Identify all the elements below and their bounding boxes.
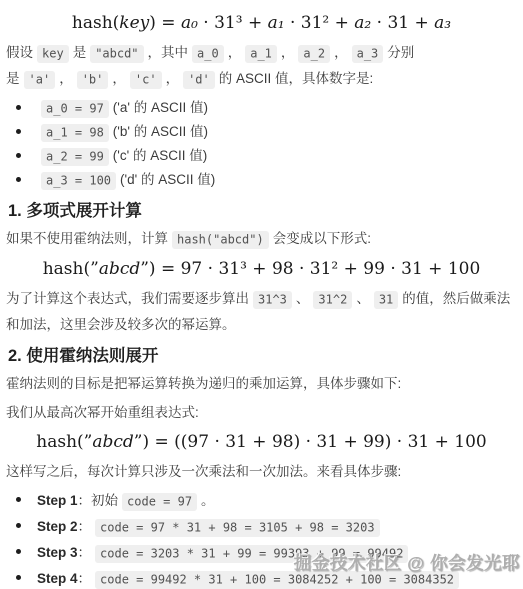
text-run: ('a' 的 ASCII 值) <box>113 100 208 115</box>
formula-hash-expanded: hash(”abcd”) = 97 · 31³ + 98 · 31² + 99 … <box>6 256 517 282</box>
text-run: 为了计算这个表达式，我们需要逐步算出 <box>6 291 249 306</box>
article-page: hash(key) = a₀ · 31³ + a₁ · 31² + a₂ · 3… <box>0 0 523 589</box>
inline-code: a_3 = 100 <box>41 172 116 190</box>
list-item-a3: a_3 = 100('d' 的 ASCII 值) <box>6 168 517 192</box>
list-item-a2: a_2 = 99('c' 的 ASCII 值) <box>6 144 517 168</box>
formula-run: ) = <box>149 13 181 33</box>
step-2: Step 2：code = 97 * 31 + 98 = 3105 + 98 =… <box>6 514 517 540</box>
text-run: ， <box>59 71 73 86</box>
paragraph-horner-goal: 霍纳法则的目标是把幂运算转换为递归的乘加运算，具体步骤如下: <box>6 371 517 396</box>
text-run: 是 <box>73 45 87 60</box>
text-run: ： <box>78 545 92 560</box>
bullet-icon <box>16 105 21 110</box>
text-run: ， <box>334 45 348 60</box>
formula-hash-horner: hash(”abcd”) = ((97 · 31 + 98) · 31 + 99… <box>6 429 517 455</box>
formula-run: hash( <box>72 13 119 33</box>
paragraph-intro: 假设key是"abcd"，其中a_0，a_1，a_2，a_3分别是'a'，'b'… <box>6 40 517 92</box>
formula-run: hash(” <box>43 259 99 279</box>
bullet-icon <box>16 497 21 502</box>
formula-run: · 31³ + <box>198 13 268 33</box>
inline-code: a_2 <box>298 45 330 63</box>
bullet-icon <box>16 523 21 528</box>
inline-code: a_1 <box>245 45 277 63</box>
ascii-value-list: a_0 = 97('a' 的 ASCII 值) a_1 = 98('b' 的 A… <box>6 96 517 192</box>
text-run: 、 <box>356 291 370 306</box>
watermark: 掘金技术社区 @ 你会发光耶 <box>294 550 520 575</box>
step-label: Step 3 <box>37 545 78 560</box>
text-run: ，其中 <box>148 45 189 60</box>
step-label: Step 1 <box>37 493 78 508</box>
inline-code: a_0 <box>192 45 224 63</box>
text-run: ：初始 <box>78 493 119 508</box>
paragraph-expand-intro: 如果不使用霍纳法则，计算hash("abcd")会变成以下形式: <box>6 226 517 252</box>
section-2-heading: 2. 使用霍纳法则展开 <box>8 345 517 367</box>
bullet-icon <box>16 575 21 580</box>
formula-variable: a₂ <box>354 13 371 33</box>
text-run: ： <box>78 571 92 586</box>
inline-code: hash("abcd") <box>172 231 269 249</box>
text-run: 会变成以下形式: <box>273 231 371 246</box>
list-item-content: a_0 = 97('a' 的 ASCII 值) <box>37 100 208 115</box>
formula-run: · 31² + <box>285 13 355 33</box>
inline-code: "abcd" <box>90 45 143 63</box>
paragraph-regroup: 我们从最高次幂开始重组表达式: <box>6 400 517 425</box>
formula-variable: a₁ <box>268 13 285 33</box>
text-run: ： <box>78 519 92 534</box>
step-content: Step 2：code = 97 * 31 + 98 = 3105 + 98 =… <box>37 519 384 534</box>
section-1-heading: 1. 多项式展开计算 <box>8 200 517 222</box>
paragraph-expand-cost: 为了计算这个表达式，我们需要逐步算出31^3、31^2、31的值，然后做乘法和加… <box>6 286 517 337</box>
text-run: ， <box>228 45 242 60</box>
formula-variable: key <box>119 13 149 33</box>
formula-run: ”) = 97 · 31³ + 98 · 31² + 99 · 31 + 100 <box>140 259 480 279</box>
formula-hash-general: hash(key) = a₀ · 31³ + a₁ · 31² + a₂ · 3… <box>6 10 517 36</box>
bullet-icon <box>16 549 21 554</box>
inline-code: 31 <box>374 291 398 309</box>
step-content: Step 1：初始code = 97。 <box>37 493 215 508</box>
formula-variable: abcd <box>92 432 133 452</box>
bullet-icon <box>16 129 21 134</box>
text-run: ， <box>166 71 180 86</box>
formula-variable: a₃ <box>434 13 451 33</box>
inline-code: key <box>37 45 69 63</box>
text-run: ('b' 的 ASCII 值) <box>113 124 208 139</box>
text-run: ， <box>112 71 126 86</box>
inline-code: 31^3 <box>253 291 292 309</box>
formula-run: ”) = ((97 · 31 + 98) · 31 + 99) · 31 + 1… <box>134 432 487 452</box>
step-label: Step 2 <box>37 519 78 534</box>
formula-run: · 31 + <box>371 13 434 33</box>
text-run: 这样写之后，每次计算只涉及一次乘法和一次加法。来看具体步骤: <box>6 464 401 479</box>
list-item-content: a_1 = 98('b' 的 ASCII 值) <box>37 124 208 139</box>
inline-code: 'c' <box>130 71 162 89</box>
text-run: ， <box>281 45 295 60</box>
paragraph-steps-intro: 这样写之后，每次计算只涉及一次乘法和一次加法。来看具体步骤: <box>6 459 517 484</box>
inline-code: 'a' <box>24 71 56 89</box>
step-label: Step 4 <box>37 571 78 586</box>
list-item-content: a_2 = 99('c' 的 ASCII 值) <box>37 148 207 163</box>
inline-code: 'b' <box>77 71 109 89</box>
inline-code: a_1 = 98 <box>41 124 109 142</box>
text-run: 假设 <box>6 45 33 60</box>
formula-run: hash(” <box>36 432 92 452</box>
text-run: 如果不使用霍纳法则，计算 <box>6 231 168 246</box>
list-item-a0: a_0 = 97('a' 的 ASCII 值) <box>6 96 517 120</box>
text-run: 的 ASCII 值，具体数字是: <box>219 71 374 86</box>
list-item-a1: a_1 = 98('b' 的 ASCII 值) <box>6 120 517 144</box>
bullet-icon <box>16 153 21 158</box>
inline-code: a_0 = 97 <box>41 100 109 118</box>
text-run: ('d' 的 ASCII 值) <box>120 172 215 187</box>
text-run: 霍纳法则的目标是把幂运算转换为递归的乘加运算，具体步骤如下: <box>6 376 401 391</box>
inline-code: code = 97 * 31 + 98 = 3105 + 98 = 3203 <box>95 519 380 537</box>
formula-variable: a₀ <box>181 13 198 33</box>
list-item-content: a_3 = 100('d' 的 ASCII 值) <box>37 172 215 187</box>
bullet-icon <box>16 177 21 182</box>
inline-code: 'd' <box>183 71 215 89</box>
step-1: Step 1：初始code = 97。 <box>6 488 517 514</box>
inline-code: a_2 = 99 <box>41 148 109 166</box>
text-run: 、 <box>296 291 310 306</box>
text-run: 我们从最高次幂开始重组表达式: <box>6 405 199 420</box>
formula-variable: abcd <box>99 259 140 279</box>
text-run: ('c' 的 ASCII 值) <box>113 148 207 163</box>
inline-code: 31^2 <box>313 291 352 309</box>
inline-code: code = 97 <box>122 493 197 511</box>
text-run: 。 <box>201 493 215 508</box>
inline-code: a_3 <box>352 45 384 63</box>
